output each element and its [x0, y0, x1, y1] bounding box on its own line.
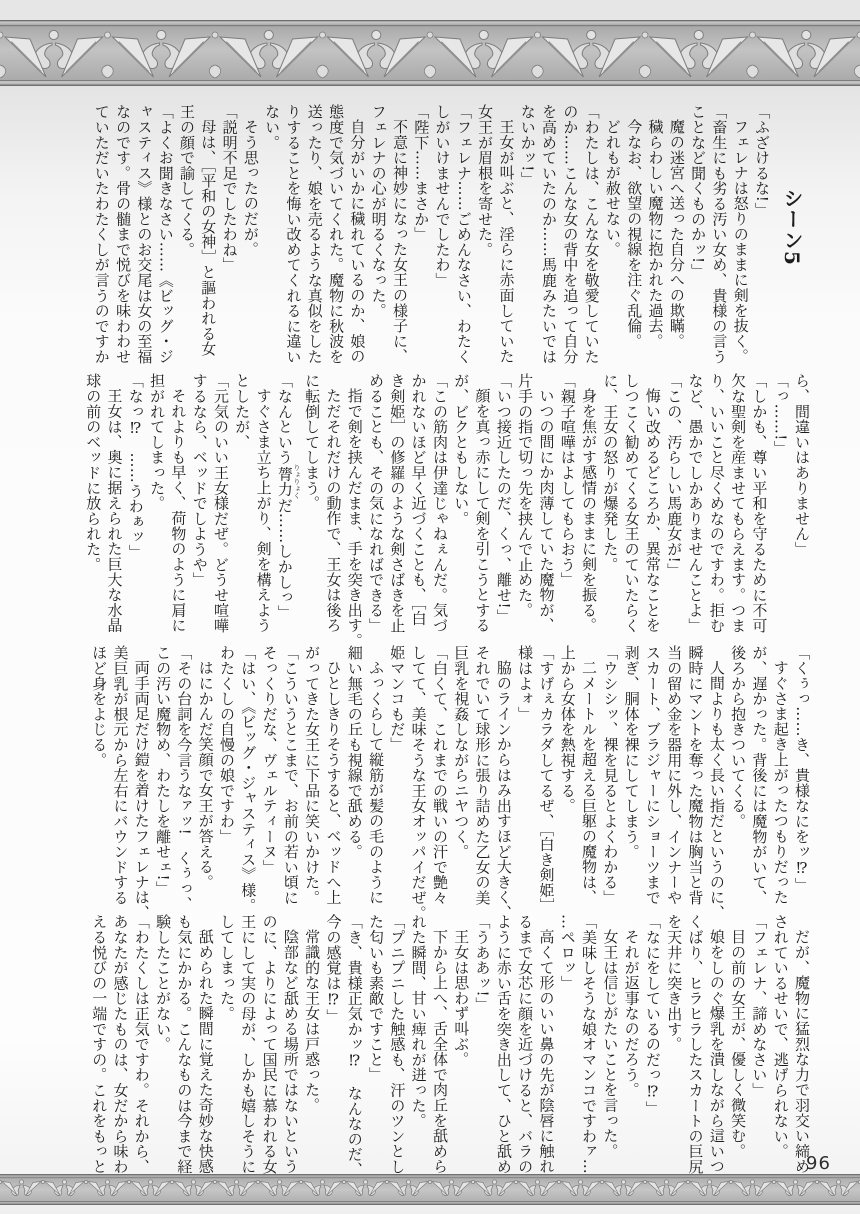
ruby-annotation: 膂力りょりょく	[276, 465, 294, 498]
text-line: 王女が叫ぶと、淫らに赤面していた	[495, 104, 516, 370]
text-line: も気にかかる。こんなものは今まで経	[173, 914, 194, 1180]
text-line: える悦びの一端ですの。これをもっと	[88, 914, 109, 1180]
text-line: 瞬時にマントを奪った魔物は胸当と背	[684, 645, 705, 911]
text-line: いつの間にか肉薄していた魔物が、	[535, 373, 556, 639]
text-line: 当の留め金を器用に外し、インナーや	[663, 645, 684, 911]
text-line: 女王が眉根を寄せた。	[474, 104, 495, 370]
text-line: されているせいで、逃げられない。	[769, 914, 790, 1180]
text-line: 「フェレナ、諦めなさい」	[748, 914, 769, 1180]
text-band-4: だが、魔物に猛烈な力で羽交い締めされているせいで、逃げられない。「フェレナ、諦め…	[88, 914, 812, 1180]
text-line: 「なんという膂力りょりょくだ……しかしっ」	[274, 373, 301, 639]
text-line: れた瞬間、甘い痺れが迸った。	[407, 914, 428, 1180]
text-line: 「なっ⁉ ……うわぁッ」	[125, 373, 146, 639]
text-line: ことなど聞くものかッ!」	[687, 104, 708, 370]
text-line: 王にして実の母が、しかも嬉しそうに	[237, 914, 258, 1180]
text-line: るまで女芯に顔を近づけると、バラの	[514, 914, 535, 1180]
text-line: この汚い魔物め、わたしを離せェ!」	[152, 645, 173, 911]
text-line: 「いつ接近したのだ、くっ、離せ!」	[493, 373, 514, 639]
text-line: どれもが赦せない。	[602, 104, 623, 370]
text-line: すぐさま起き上がったつもりだった	[769, 645, 790, 911]
text-line: 常識的な王女は戸惑った。	[301, 914, 322, 1180]
text-line: 巨乳を視姦しながらニヤつく。	[450, 645, 471, 911]
text-line: を高めていたのか……馬鹿みたいでは	[538, 104, 559, 370]
text-line: 様はよォ」	[514, 645, 535, 911]
text-line: 「白くて、これまでの戦いの汗で艶々	[429, 645, 450, 911]
text-line: に、王女の怒りが爆発した。	[599, 373, 620, 639]
text-line: のか……こんな女の背中を追って自分	[559, 104, 580, 370]
text-line: 「説明不足でしたわね」	[218, 104, 239, 370]
text-line: するなら、ベッドでしようや」	[188, 373, 209, 639]
ornamental-frieze-icon	[0, 1174, 860, 1205]
text-line: 両手両足だけ鎧を着けたフェレナは、	[131, 645, 152, 911]
text-line: り、いいこと尽くめなのですわ。拒む	[706, 373, 727, 639]
text-line: しがいけませんでしたわ」	[431, 104, 452, 370]
text-line: のに、よりによって国民に慕われる女	[258, 914, 279, 1180]
text-line: 王の顔で諭してくる。	[176, 104, 197, 370]
text-line: 人間よりも太く長い指だというのに、	[706, 645, 727, 911]
text-line: 態度で気づいてくれた。魔物に秋波を	[325, 104, 346, 370]
text-line: ていただいたわたくしが言うのですか	[91, 104, 112, 370]
text-band-2: ら、間違いはありません」「っ……!」「しかも、尊い平和を守るために不可欠な聖剣を…	[82, 373, 812, 639]
text-line: 「き、貴様正気かッ⁉ なんなのだ、	[343, 914, 364, 1180]
text-line: 娘をしのぐ爆乳を潰しながら這いつ	[706, 914, 727, 1180]
text-line: 「うああッ!」	[471, 914, 492, 1180]
text-line: フェレナの心が明るくなった。	[367, 104, 388, 370]
text-line: 剥ぎ、胴体を裸にしてしまう。	[620, 645, 641, 911]
text-line: 「陛下……まさか」	[410, 104, 431, 370]
text-line: た匂いも素敵ですこと」	[365, 914, 386, 1180]
text-line: それでいて球形に張り詰めた乙女の美	[471, 645, 492, 911]
text-line: ら、間違いはありません」	[791, 373, 812, 639]
text-line: 悔い改めるどころか、異常なことを	[642, 373, 663, 639]
text-line: が、遅かった。背後には魔物がいて、	[748, 645, 769, 911]
text-line: あなたが感じたものは、女だから味わ	[109, 914, 130, 1180]
text-line: それよりも早く、荷物のように肩に	[167, 373, 188, 639]
top-ornament-border	[0, 20, 860, 86]
text-line: ひとしきりそうすると、ベッドへ上	[322, 645, 343, 911]
text-line: はにかんだ笑顔で女王が答える。	[194, 645, 215, 911]
text-line: き剣姫］の修羅のような剣さばきを止	[386, 373, 407, 639]
text-line: 片手の指で切っ先を挟んで止めた。	[514, 373, 535, 639]
text-line: ただそれだけの動作で、王女は後ろ	[322, 373, 343, 639]
text-line: 験したことがない。	[152, 914, 173, 1180]
text-line: そう思ったのだが。	[240, 104, 261, 370]
text-line: としたが、	[231, 373, 252, 639]
text-line: 女王は信じがたいことを言った。	[599, 914, 620, 1180]
text-line: 「わたしは、こんな女を敬愛していた	[580, 104, 601, 370]
text-line: 欠な聖剣を産ませてもらえます。つま	[727, 373, 748, 639]
text-line: してて、美味そうな王女オッパイだぜ。	[407, 645, 428, 911]
text-line: 脇のラインからはみ出すほど大きく、	[493, 645, 514, 911]
text-line: が、ビクともしない。	[450, 373, 471, 639]
text-line: ないかッ!」	[516, 104, 537, 370]
ornamental-frieze-icon	[0, 20, 860, 86]
bottom-ornament-border	[0, 1174, 860, 1205]
text-line: スカート、ブラジャーにショーツまで	[642, 645, 663, 911]
text-line: 魔の迷宮へ送った自分への欺瞞。	[666, 104, 687, 370]
text-line: 「こういうとこまで、お前の若い頃に	[280, 645, 301, 911]
text-line: フェレナは怒りのままに剣を抜く。	[729, 104, 750, 370]
text-line: しつこく勧めてくる女王のていたらく	[620, 373, 641, 639]
text-line: 「畜生にも劣る汚い女め、貴様の言う	[708, 104, 729, 370]
text-line: 美巨乳が根元から左右にバウンドする	[109, 645, 130, 911]
text-line: 「親子喧嘩はよしてもらおう」	[556, 373, 577, 639]
text-line: 下から上へ、舌全体で肉丘を舐めら	[429, 914, 450, 1180]
text-line: 「プニプニした触感も、汗のツンとし	[386, 914, 407, 1180]
text-line: 今なお、欲望の視線を注ぐ乱倫。	[623, 104, 644, 370]
text-line: ない。	[261, 104, 282, 370]
scene-title: シーン5	[772, 104, 812, 370]
text-line: 「よくお聞きなさい……《ビッグ・ジ	[154, 104, 175, 370]
text-line: 高くて形のいい鼻の先が陰唇に触れ	[535, 914, 556, 1180]
text-line: ふっくらして縦筋が髪の毛のように	[365, 645, 386, 911]
novel-page: シーン5「ふざけるな!」フェレナは怒りのままに剣を抜く。「畜生にも劣る汚い女め、…	[0, 0, 860, 1214]
text-line: 「この筋肉は伊達じゃねぇんだ。気づ	[429, 373, 450, 639]
text-line: 「フェレナ……ごめんなさい、わたく	[453, 104, 474, 370]
text-line: 「ふざけるな!」	[751, 104, 772, 370]
text-line: 姫マンコもだ」	[386, 645, 407, 911]
text-line: だが、魔物に猛烈な力で羽交い締め	[791, 914, 812, 1180]
text-line: 「美味しそうな娘オマンコですわァ…	[578, 914, 599, 1180]
text-line: ャスティス》様とのお交尾は女の至福	[133, 104, 154, 370]
text-line: 顔を真っ赤にして剣を引こうとする	[471, 373, 492, 639]
text-band-3: 「くぅっ……き、貴様なにをッ⁉」すぐさま起き上がったつもりだったが、遅かった。背…	[88, 645, 812, 911]
text-line: りすることを悔い改めてくれるに違い	[282, 104, 303, 370]
text-line: 「元気のいい王女様だぜ。どうせ喧嘩	[210, 373, 231, 639]
text-line: 「しかも、尊い平和を守るために不可	[748, 373, 769, 639]
text-line: 身を焦がす感情のままに剣を振る。	[578, 373, 599, 639]
text-line: ほど身をよじる。	[88, 645, 109, 911]
text-line: 王女は、奥に据えられた巨大な水晶	[103, 373, 124, 639]
text-line: 「なにをしているのだっ⁉」	[642, 914, 663, 1180]
text-line: くばり、ヒラヒラしたスカートの巨尻	[684, 914, 705, 1180]
page-number: 96	[806, 1153, 846, 1174]
text-line: …ペロッ」	[556, 914, 577, 1180]
text-line: それが返事なのだろう。	[620, 914, 641, 1180]
text-line: そっくりだな、ヴェルティーヌ」	[258, 645, 279, 911]
text-line: 「ウシシッ、裸を見るとよくわかる」	[599, 645, 620, 911]
text-line: 今の感覚は⁉」	[322, 914, 343, 1180]
text-line: など、愚かでしかありませんことよ」	[684, 373, 705, 639]
text-line: 舐められた瞬間に覚えた奇妙な快感	[194, 914, 215, 1180]
text-line: すぐさま立ち上がり、剣を構えよう	[252, 373, 273, 639]
text-line: 「わたくしは正気ですわ。それから、	[131, 914, 152, 1180]
text-line: 上から女体を熱視する。	[556, 645, 577, 911]
text-line: わたくしの自慢の娘ですわ」	[216, 645, 237, 911]
text-line: 自分がいかに穢れているのか、娘の	[346, 104, 367, 370]
text-line: 不意に神妙になった女王の様子に、	[389, 104, 410, 370]
text-line: がってきた女王に下品に笑いかけた。	[301, 645, 322, 911]
text-line: 目の前の女王が、優しく微笑む。	[727, 914, 748, 1180]
text-line: 「その台詞を今言うなァッ! くぅっ、	[173, 645, 194, 911]
text-line: 穢らわしい魔物に抱かれた過去。	[644, 104, 665, 370]
text-line: 母は、［平和の女神］と謳われる女	[197, 104, 218, 370]
text-line: 「っ……!」	[769, 373, 790, 639]
text-line: 「はい、《ビッグ・ジャスティス》様。	[237, 645, 258, 911]
text-line: 王女は思わず叫ぶ。	[450, 914, 471, 1180]
text-line: かれないほど早く近づくことも、［白	[407, 373, 428, 639]
text-line: 二メートルを超える巨躯の魔物は、	[578, 645, 599, 911]
text-line: してしまった。	[216, 914, 237, 1180]
text-line: 「くぅっ……き、貴様なにをッ⁉」	[791, 645, 812, 911]
text-line: 指で剣を挟んだまま、手を突き出す。	[343, 373, 364, 639]
text-line: 「この、汚らしい馬鹿女が!」	[663, 373, 684, 639]
text-line: 球の前のベッドに放られた。	[82, 373, 103, 639]
text-line: ように赤い舌を突き出して、ひと舐め。	[493, 914, 514, 1180]
text-line: 「すげぇカラダしてるぜ、［白き剣姫］	[535, 645, 556, 911]
text-line: 後ろから抱きついてくる。	[727, 645, 748, 911]
text-line: を天井に突き出す。	[663, 914, 684, 1180]
text-line: 送ったり、娘を売るような真似をした	[303, 104, 324, 370]
text-line: めることも、その気になればできる」	[365, 373, 386, 639]
text-line: 担がれてしまった。	[146, 373, 167, 639]
text-line: 陰部など舐める場所ではないという	[280, 914, 301, 1180]
text-line: 細い無毛の丘も視線で舐める。	[343, 645, 364, 911]
text-line: なのです。骨の髄まで悦びを味わわせ	[112, 104, 133, 370]
text-band-1: シーン5「ふざけるな!」フェレナは怒りのままに剣を抜く。「畜生にも劣る汚い女め、…	[91, 104, 813, 370]
text-line: に転倒してしまう。	[301, 373, 322, 639]
